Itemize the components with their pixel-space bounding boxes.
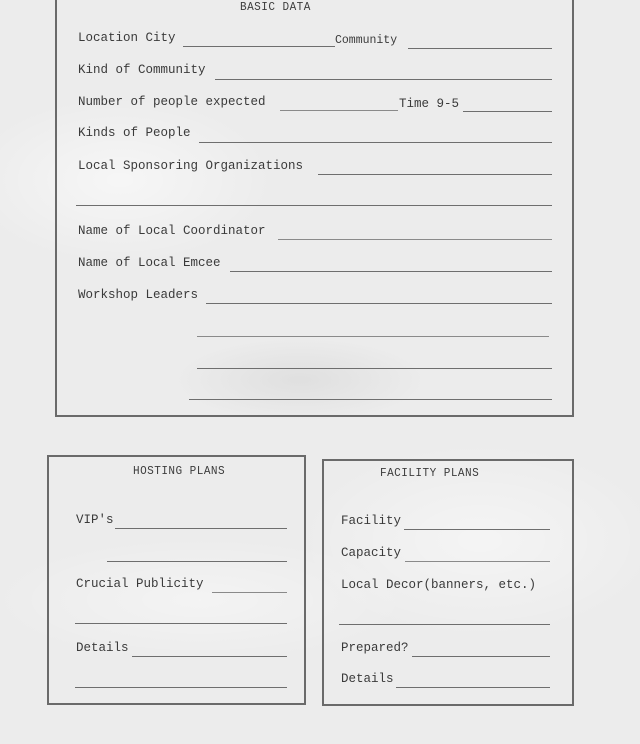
crucial-publicity-label: Crucial Publicity <box>76 577 204 591</box>
location-city-field[interactable] <box>183 46 335 47</box>
kinds-of-people-field[interactable] <box>199 142 552 143</box>
emcee-label: Name of Local Emcee <box>78 256 221 270</box>
facility-details-field[interactable] <box>396 687 550 688</box>
prepared-field[interactable] <box>412 656 550 657</box>
time-field[interactable] <box>463 111 552 112</box>
hosting-plans-title: HOSTING PLANS <box>133 464 225 478</box>
coordinator-field[interactable] <box>278 239 552 240</box>
workshop-leaders-field-2[interactable] <box>197 336 549 337</box>
kinds-of-people-label: Kinds of People <box>78 126 191 140</box>
sponsoring-orgs-field[interactable] <box>318 174 552 175</box>
workshop-leaders-label: Workshop Leaders <box>78 288 198 302</box>
sponsoring-orgs-field-2[interactable] <box>76 205 552 206</box>
number-expected-label: Number of people expected <box>78 95 266 109</box>
facility-plans-title: FACILITY PLANS <box>380 466 479 480</box>
local-decor-field[interactable] <box>339 624 550 625</box>
facility-label: Facility <box>341 514 401 528</box>
crucial-publicity-field-1[interactable] <box>212 592 287 593</box>
hosting-details-label: Details <box>76 641 129 655</box>
crucial-publicity-field-2[interactable] <box>75 623 287 624</box>
kind-of-community-label: Kind of Community <box>78 63 206 77</box>
prepared-label: Prepared? <box>341 641 409 655</box>
workshop-leaders-field-1[interactable] <box>206 303 552 304</box>
community-field[interactable] <box>408 48 552 49</box>
sponsoring-orgs-label: Local Sponsoring Organizations <box>78 159 303 173</box>
vips-field-2[interactable] <box>107 561 287 562</box>
vips-label: VIP's <box>76 513 114 527</box>
facility-field[interactable] <box>404 529 550 530</box>
coordinator-label: Name of Local Coordinator <box>78 224 266 238</box>
number-expected-field[interactable] <box>280 110 398 111</box>
local-decor-label: Local Decor(banners, etc.) <box>341 578 536 592</box>
kind-of-community-field[interactable] <box>215 79 552 80</box>
emcee-field[interactable] <box>230 271 552 272</box>
community-label: Community <box>335 34 397 47</box>
workshop-leaders-field-4[interactable] <box>189 399 552 400</box>
capacity-label: Capacity <box>341 546 401 560</box>
capacity-field[interactable] <box>405 561 550 562</box>
hosting-details-field-2[interactable] <box>75 687 287 688</box>
basic-data-title: BASIC DATA <box>240 0 311 14</box>
vips-field-1[interactable] <box>115 528 287 529</box>
hosting-details-field-1[interactable] <box>132 656 287 657</box>
location-city-label: Location City <box>78 31 176 45</box>
workshop-leaders-field-3[interactable] <box>197 368 552 369</box>
time-label: Time 9-5 <box>399 97 459 111</box>
facility-details-label: Details <box>341 672 394 686</box>
